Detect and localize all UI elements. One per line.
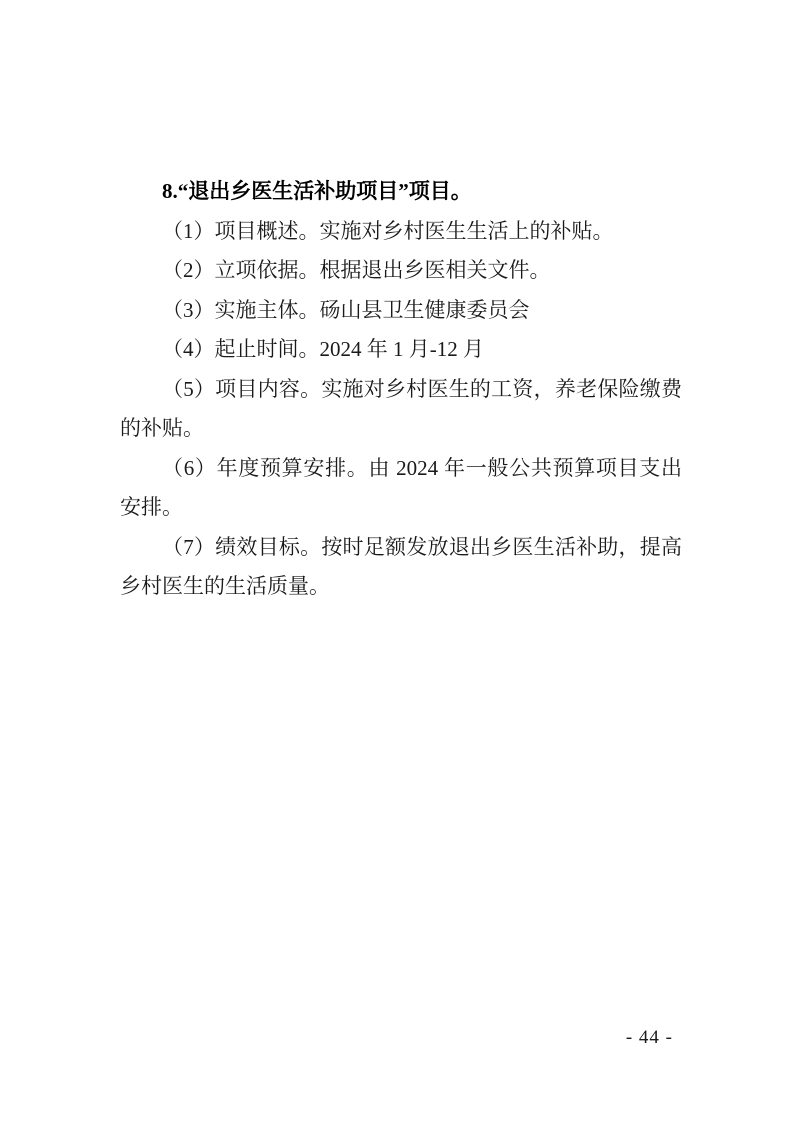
paragraph-budget-arrangement: （6）年度预算安排。由 2024 年一般公共预算项目支出安排。 [120,449,682,528]
document-body: 8.“退出乡医生活补助项目”项目。 （1）项目概述。实施对乡村医生生活上的补贴。… [120,172,682,607]
paragraph-performance-target: （7）绩效目标。按时足额发放退出乡医生活补助，提高乡村医生的生活质量。 [120,528,682,607]
page-number: - 44 - [626,1026,673,1050]
section-heading: 8.“退出乡医生活补助项目”项目。 [120,172,682,212]
document-page: 8.“退出乡医生活补助项目”项目。 （1）项目概述。实施对乡村医生生活上的补贴。… [0,0,793,1122]
paragraph-project-basis: （2）立项依据。根据退出乡医相关文件。 [120,251,682,291]
paragraph-project-overview: （1）项目概述。实施对乡村医生生活上的补贴。 [120,212,682,252]
paragraph-time-period: （4）起止时间。2024 年 1 月-12 月 [120,330,682,370]
paragraph-implementing-body: （3）实施主体。砀山县卫生健康委员会 [120,291,682,331]
paragraph-project-content: （5）项目内容。实施对乡村医生的工资，养老保险缴费的补贴。 [120,370,682,449]
